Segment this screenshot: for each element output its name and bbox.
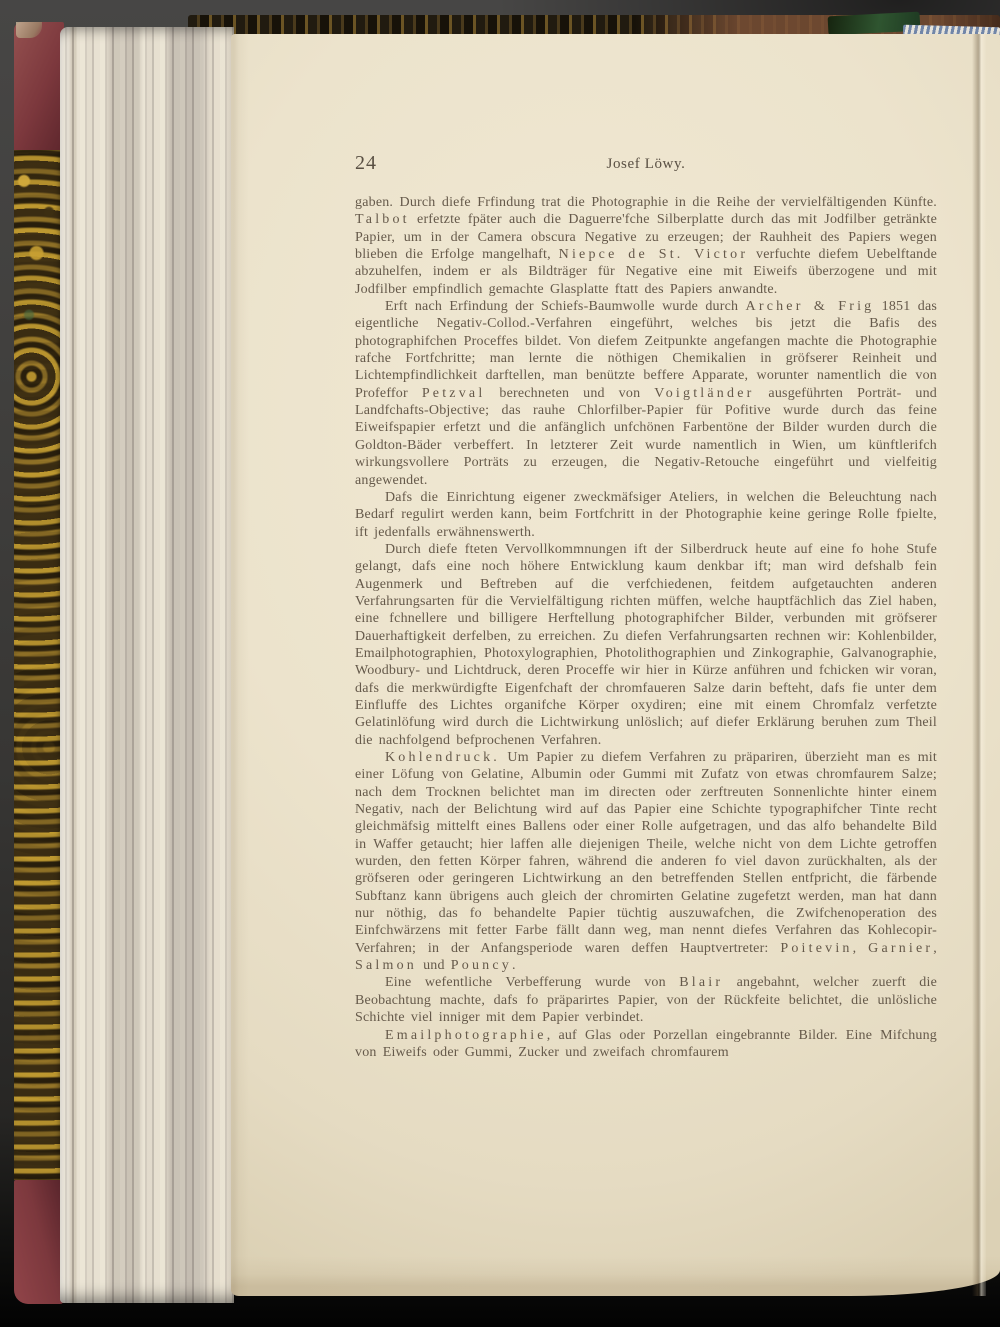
letterspaced-name: Kohlendruck. <box>385 750 500 765</box>
paragraph: Dafs die Einrichtung eigener zweckmäfsig… <box>355 489 937 541</box>
book-photo: 24 Josef Löwy. gaben. Durch diefe Frfind… <box>0 0 1000 1327</box>
text-segment: Eine wefentliche Verbefferung wurde von <box>385 975 679 990</box>
text-segment: und <box>417 958 451 973</box>
letterspaced-name: Blair <box>679 975 723 990</box>
letterspaced-name: Salmon <box>355 958 417 973</box>
paragraph: Durch diefe fteten Vervollkommnungen ift… <box>355 541 937 749</box>
text-segment: Erft nach Erfindung der Schiefs-Baumwoll… <box>385 299 746 314</box>
page-edges-stack <box>60 27 234 1303</box>
cover-leather-bottom-corner <box>14 1180 64 1304</box>
page-header: 24 Josef Löwy. <box>355 152 937 178</box>
text-segment: berechneten und von <box>485 386 654 401</box>
page-number: 24 <box>355 152 377 175</box>
text-segment: Dafs die Einrichtung eigener zweckmäfsig… <box>355 490 937 540</box>
cover-leather-top-corner <box>14 22 64 150</box>
cover-marbled-paper <box>14 150 64 1180</box>
letterspaced-name: Pouncy <box>451 958 512 973</box>
text-segment: , <box>933 941 937 956</box>
letterspaced-name: Niepce de St. Victor <box>559 247 749 262</box>
paragraph: Eine wefentliche Verbefferung wurde von … <box>355 974 937 1026</box>
letterspaced-name: Archer & Frig <box>746 299 875 314</box>
text-segment: Um Papier zu diefem Verfahren zu präpari… <box>355 750 937 956</box>
paragraph: gaben. Durch diefe Frfindung trat die Ph… <box>355 194 937 298</box>
page-fold-crease <box>972 34 986 1296</box>
paragraph: Emailphotographie, auf Glas oder Porzell… <box>355 1027 937 1062</box>
letterspaced-name: Poitevin <box>780 941 852 956</box>
text-segment: gaben. Durch diefe Frfindung trat die Ph… <box>355 195 937 210</box>
letterspaced-name: Garnier <box>868 941 933 956</box>
letterspaced-name: Talbot <box>355 212 410 227</box>
book-cover-left <box>14 22 64 1304</box>
text-segment: , <box>853 941 869 956</box>
page-body: gaben. Durch diefe Frfindung trat die Ph… <box>355 194 937 1061</box>
letterspaced-name: Emailphotographie <box>385 1028 547 1043</box>
letterspaced-name: Petzval <box>422 386 486 401</box>
paragraph: Erft nach Erfindung der Schiefs-Baumwoll… <box>355 298 937 489</box>
running-header: Josef Löwy. <box>355 152 937 173</box>
paragraph: Kohlendruck. Um Papier zu diefem Verfahr… <box>355 749 937 974</box>
text-segment: ausgeführten Porträt- und Landfchafts-Ob… <box>355 386 937 488</box>
book-page: 24 Josef Löwy. gaben. Durch diefe Frfind… <box>231 34 1000 1296</box>
text-segment: Durch diefe fteten Vervollkommnungen ift… <box>355 542 937 748</box>
letterspaced-name: Voigtländer <box>654 386 754 401</box>
text-segment: . <box>512 958 516 973</box>
